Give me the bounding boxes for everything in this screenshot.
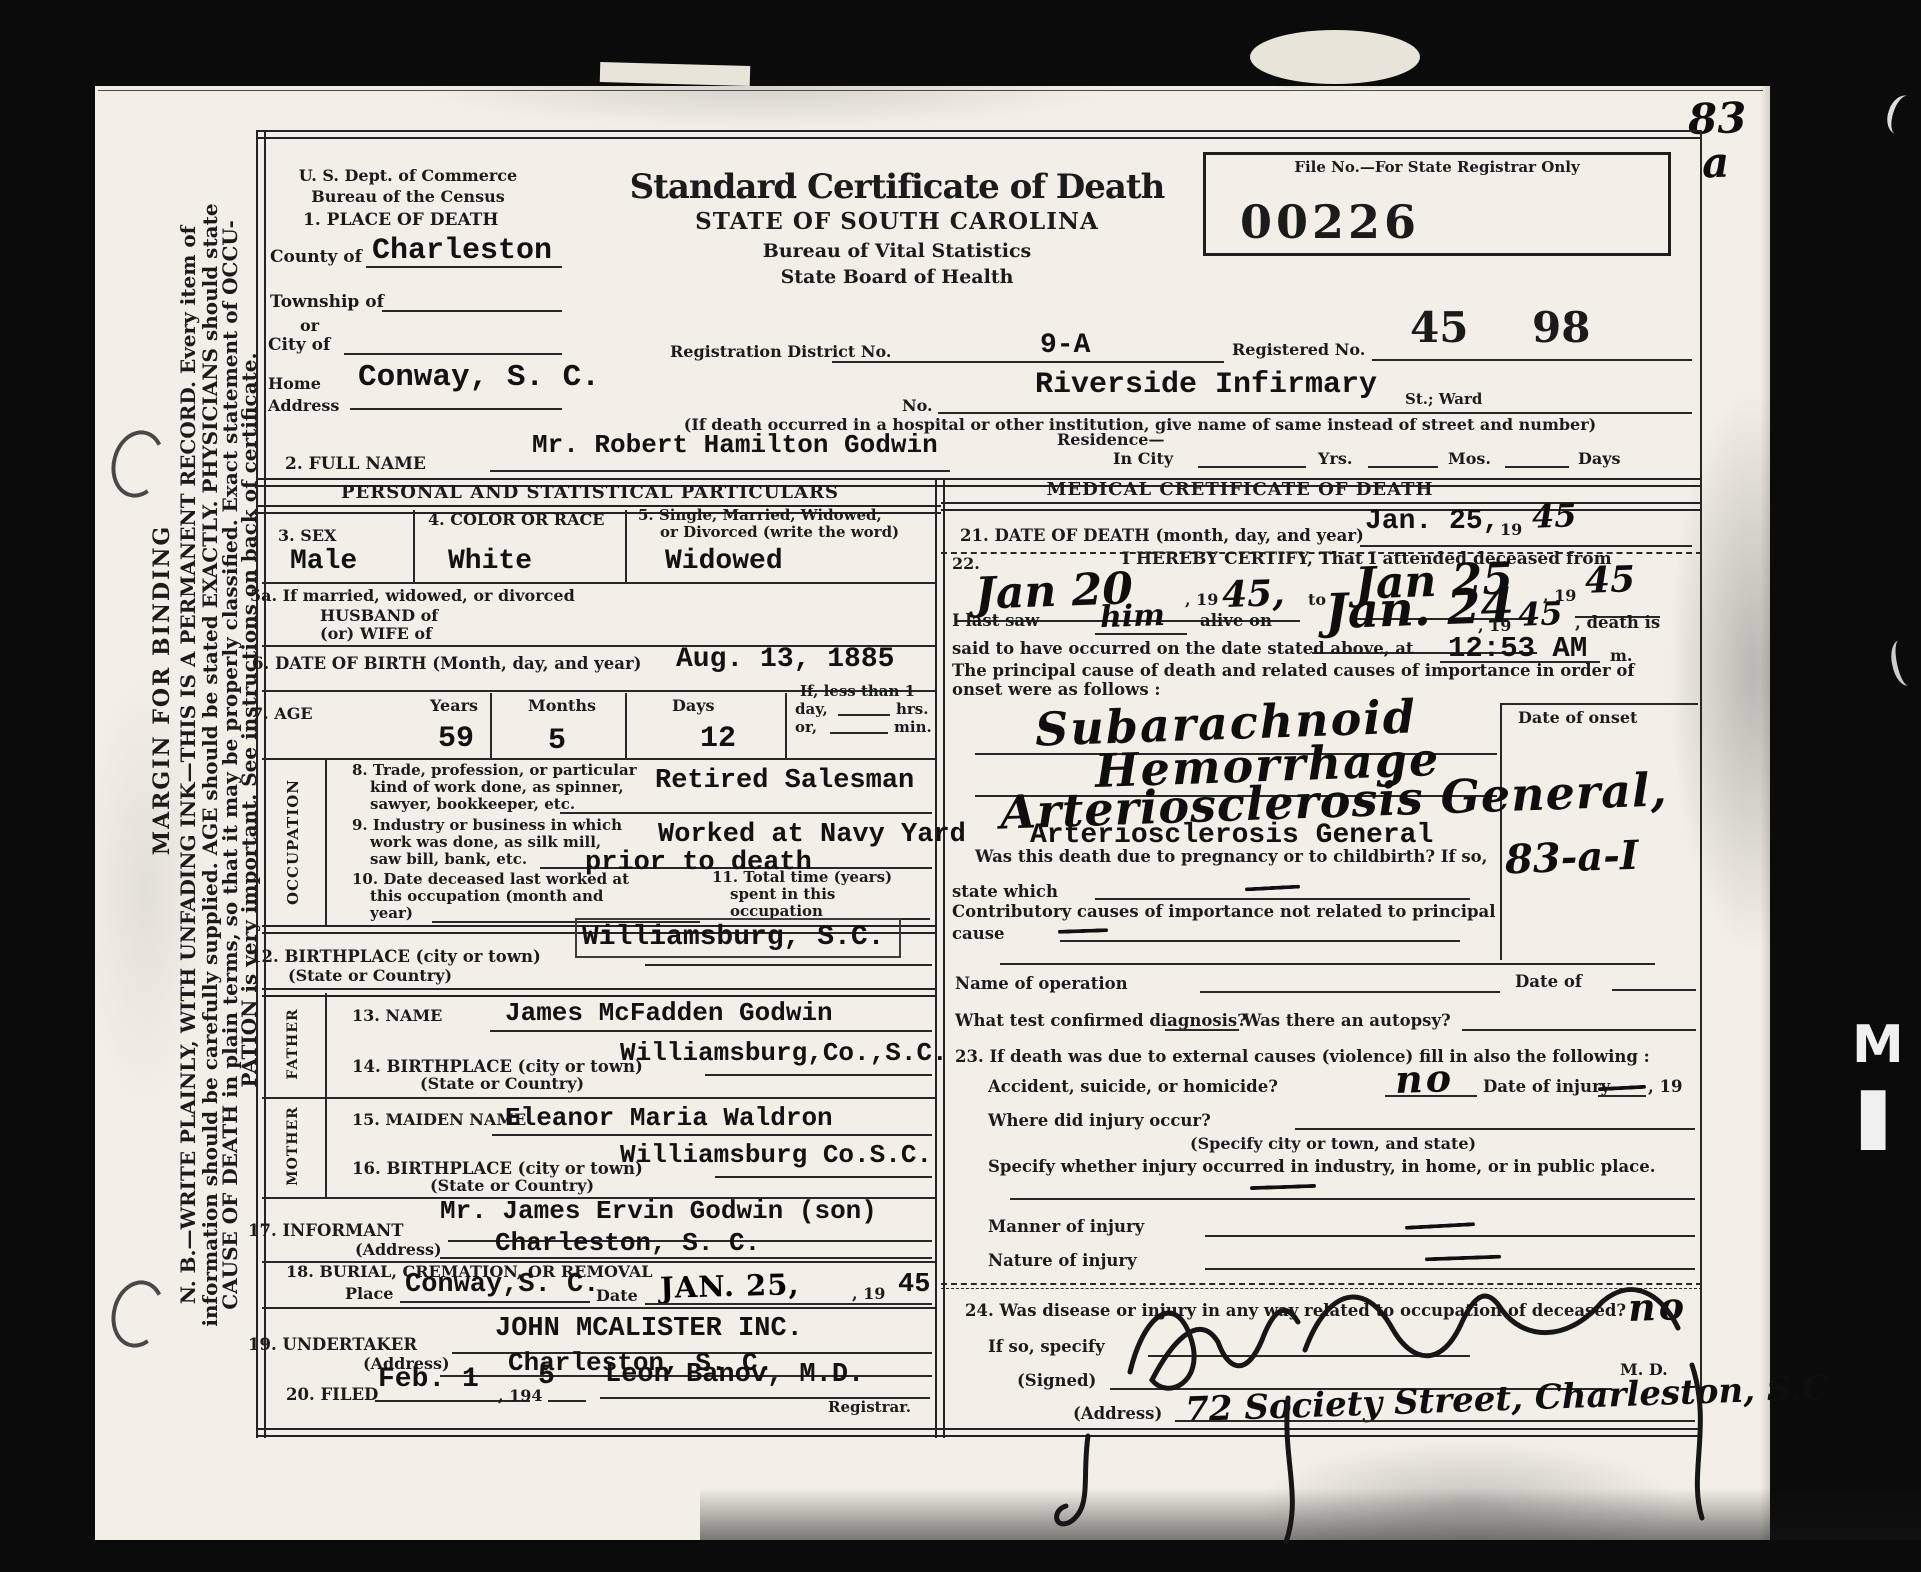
cause-typed-value: Arteriosclerosis General [1030,822,1433,850]
pregnancy-label: Was this death due to pregnancy or to ch… [975,848,1487,865]
age-months-label: Months [528,698,596,715]
cell-divider [490,693,492,758]
blank-line [1060,940,1460,942]
q5a-line1: 5a. If married, widowed, or divorced [250,588,575,605]
scan-artifact [1250,30,1420,84]
blank-line [838,714,890,716]
q21-value: Jan. 25, [1365,508,1499,536]
q9-line1: 9. Industry or business in which [352,818,622,834]
q10-line3: year) [370,906,413,922]
specify-city-label: (Specify city or town, and state) [1190,1136,1476,1153]
death-is-label: , death is [1575,614,1660,631]
blank-line [1010,1198,1695,1200]
blank-line [490,1030,932,1032]
county-value: Charleston [372,236,552,266]
blank-line [366,266,562,268]
time-of-death-value: 12:53 AM [1448,634,1587,663]
principal-cause-line1: The principal cause of death and related… [952,662,1635,679]
rule [941,502,1702,511]
blank-line [832,361,1224,363]
q17-addr-value: Charleston, S. C. [495,1230,760,1256]
manner-label: Manner of injury [988,1218,1144,1235]
state-which-label: state which [952,883,1058,900]
blank-line [350,408,562,410]
edge-mark-i: I [1849,1080,1898,1166]
q18-place-label: Place [345,1286,393,1303]
blank-line [1612,989,1696,991]
form-top-border [256,130,1702,139]
father-side-label: FATHER [285,1008,301,1079]
q20-registrar-value: Leon Banov, M.D. [605,1362,864,1389]
q13-label: 13. NAME [352,1008,442,1025]
contributory-line2: cause [952,925,1005,942]
section-medical: MEDICAL CRETIFICATE OF DEATH [1046,481,1433,500]
blank-line [490,470,950,472]
onset-box-left [1500,703,1502,960]
bureau-line: Bureau of Vital Statistics [763,242,1031,262]
agency-line1: U. S. Dept. of Commerce [299,168,517,185]
cell-divider [413,510,415,582]
cell-divider [625,510,627,582]
q20-year-print: , 194 [498,1388,543,1405]
form-left-border [256,130,266,1438]
home-label: Home [268,376,321,393]
blank-line [1505,466,1569,468]
rule [262,988,935,997]
blank-line [344,353,562,355]
date-of-label: Date of [1515,973,1582,990]
mother-side-label: MOTHER [285,1106,301,1186]
q20-year-value: 5 [538,1363,555,1391]
q16-label: 16. BIRTHPLACE (city or town) [352,1160,643,1177]
scan-black-left [0,0,95,1572]
scan-black-top [0,0,1921,86]
age-days-value: 12 [700,724,736,754]
q5a-line2: HUSBAND of [320,608,438,625]
q14-value: Williamsburg,Co.,S.C. [620,1040,948,1066]
blank-line [645,1303,932,1305]
certificate-title: Standard Certificate of Death [630,170,1165,206]
blank-line [1095,633,1187,635]
blank-line [1200,991,1500,993]
no-label: No. [902,398,933,415]
margin-binding-label: MARGIN FOR BINDING [149,525,175,856]
q10-line1: 10. Date deceased last worked at [352,872,629,888]
institution-value: Riverside Infirmary [1035,370,1377,400]
q15-value: Eleanor Maria Waldron [505,1105,833,1131]
blank-line [1000,963,1655,965]
city-label: City of [268,337,330,355]
rule [262,758,935,760]
q18-date-label: Date [596,1288,638,1305]
race-value: White [448,548,532,576]
signature-scrawl [940,1250,1760,1550]
cell-divider [325,758,327,925]
marital-label: 5. Single, Married, Widowed, [638,508,882,524]
lastsaw-year-value: 45 [1517,597,1563,631]
form-right-border [1700,130,1702,1438]
state-line: STATE OF SOUTH CAROLINA [695,210,1099,234]
blank-line [382,310,562,312]
q21-year-print: 19 [1500,522,1522,539]
cell-divider [325,993,327,1097]
home-address-value: Conway, S. C. [358,362,600,393]
cell-divider [625,693,627,758]
full-name-value: Mr. Robert Hamilton Godwin [532,432,938,458]
sex-value: Male [290,548,357,576]
q10-line2: this occupation (month and [370,889,603,905]
injury-year-label: , 19 [1648,1078,1682,1095]
q22-to-print: to [1308,592,1326,609]
blank-line [938,412,1692,414]
test-label: What test confirmed diagnosis? [955,1012,1247,1029]
blank-line [1368,466,1438,468]
age-days-label: Days [672,698,715,715]
accident-label: Accident, suicide, or homicide? [988,1078,1278,1095]
specify-place-label: Specify whether injury occurred in indus… [988,1158,1655,1175]
q9-value: Worked at Navy Yard [658,822,966,849]
age-label: 7. AGE [252,706,313,723]
scan-black-right [1845,0,1921,1572]
contributory-line1: Contributory causes of importance not re… [952,903,1495,920]
blank-line [440,1257,932,1259]
blank-line [830,732,888,734]
q11-line2: spent in this [730,887,835,903]
q8-line1: 8. Trade, profession, or particular [352,763,637,779]
principal-cause-line2: onset were as follows : [952,681,1161,698]
q12-sub: (State or Country) [288,968,452,985]
blank-line [560,812,932,814]
file-box-label: File No.—For State Registrar Only [1294,160,1579,176]
q14-sub: (State or Country) [420,1076,584,1093]
q16-value: Williamsburg Co.S.C. [620,1142,932,1168]
registration-district-value: 9-A [1040,332,1090,360]
yrs-label: Yrs. [1318,451,1352,468]
cell-divider [325,1097,327,1197]
blank-line [715,1176,932,1178]
blank-line [1598,1095,1646,1097]
corner-note: a [1701,142,1730,185]
q21-label: 21. DATE OF DEATH (month, day, and year) [960,527,1364,544]
file-number-value: 00226 [1240,198,1420,246]
scan-edge-gradient [1760,0,1850,1572]
township-label: Township of [270,294,384,312]
blank-line [1360,545,1692,547]
lastsaw-him-value: him [1099,601,1165,633]
lastsaw-label: I last saw [952,612,1039,629]
blank-line [1295,1128,1695,1130]
operation-label: Name of operation [955,975,1128,992]
rule [262,1307,935,1309]
blank-line [492,1134,932,1136]
occurred-label: said to have occurred on the date stated… [952,640,1414,657]
q8-line3: sawyer, bookkeeper, etc. [370,797,575,813]
blank-line [1198,466,1306,468]
registered-no-value: 98 [1532,306,1590,350]
age-less3-label: or, [795,720,817,736]
sex-label: 3. SEX [278,528,336,545]
q18-date-stamp: JAN. 25, [660,1270,800,1303]
blank-line [400,1301,590,1303]
q17-label: 17. INFORMANT [248,1222,403,1239]
q12-label: 12. BIRTHPLACE (city or town) [250,948,541,965]
edge-mark-m: M [1852,1018,1904,1073]
blank-line [705,1074,932,1076]
registered-no-value: 45 [1410,306,1468,350]
dob-label: 6. DATE OF BIRTH (Month, day, and year) [252,655,641,672]
q16-sub: (State or Country) [430,1178,594,1195]
rule [262,582,935,584]
injury-date-label: Date of injury [1483,1078,1610,1095]
residence-label: Residence— [1057,432,1164,449]
cell-divider [785,693,787,758]
section-personal: PERSONAL AND STATISTICAL PARTICULARS [341,484,839,503]
q8-value: Retired Salesman [655,768,914,795]
q20-registrar-label: Registrar. [828,1400,911,1416]
q18-place-value: Conway,S. C. [405,1272,599,1299]
onset-code-value: 83-a-I [1504,836,1639,881]
scan-artifact [600,62,750,86]
blank-line [548,1400,586,1402]
mos-label: Mos. [1448,451,1491,468]
blank-line [645,964,932,966]
age-less2-label: day, [795,702,828,718]
q19-label: 19. UNDERTAKER [248,1336,417,1353]
q22-year2-value: 45 [1584,561,1635,599]
age-years-label: Years [430,698,478,715]
q9-line3: saw bill, bank, etc. [370,852,527,868]
marital-label: or Divorced (write the word) [660,525,899,541]
county-label: County of [270,249,362,267]
q20-date-value: Feb. 1 [378,1366,479,1394]
dob-value: Aug. 13, 1885 [676,646,894,674]
occupation-side-label: OCCUPATION [284,779,302,905]
blank-line [1372,359,1692,361]
place-of-death-label: 1. PLACE OF DEATH [303,212,498,230]
age-less2b-label: hrs. [896,702,928,718]
age-years-value: 59 [438,724,474,754]
lastsaw-alive-label: alive on [1200,612,1272,629]
page-crease [98,90,1763,91]
blank-line [1165,1029,1239,1031]
q11-line1: 11. Total time (years) [712,870,892,886]
q23-label: 23. If death was due to external causes … [955,1048,1650,1065]
q19-value: JOHN MCALISTER INC. [495,1316,803,1343]
blank-line [1205,1235,1695,1237]
blank-line [1095,898,1470,900]
q15-label: 15. MAIDEN NAME [352,1112,526,1129]
q20-label: 20. FILED [286,1386,378,1403]
q5a-line3: (or) WIFE of [320,626,432,643]
address-label: Address [268,398,339,415]
q18-year-value: 45 [898,1272,930,1299]
registration-district-label: Registration District No. [670,344,891,361]
registered-no-label: Registered No. [1232,342,1365,359]
age-months-value: 5 [548,726,566,756]
q12-value: Williamsburg, S.C. [582,924,884,952]
q13-value: James McFadden Godwin [505,1000,833,1026]
where-label: Where did injury occur? [988,1112,1211,1129]
q22-year1-print: , 19 [1185,592,1218,609]
age-less3b-label: min. [894,720,932,736]
marital-value: Widowed [665,548,783,576]
q14-label: 14. BIRTHPLACE (city or town) [352,1058,643,1075]
onset-label: Date of onset [1518,710,1637,727]
agency-line2: Bureau of the Census [311,189,504,206]
accident-answer-value: no [1394,1059,1454,1099]
onset-box-top [1500,703,1698,705]
age-less1-label: If, less than 1 [800,684,915,700]
margin-instruction-line: N. B.—WRITE PLAINLY, WITH UNFADING INK—T… [176,226,200,1305]
blank-line [1385,1095,1477,1097]
q18-year-print: , 19 [852,1286,885,1303]
or-label: or [300,318,319,335]
rule [262,1097,935,1099]
q9-line2: work was done, as silk mill, [370,835,601,851]
scanned-death-certificate: M I 83 a MARGIN FOR BINDING N. B.—WRITE … [0,0,1921,1572]
in-city-label: In City [1113,451,1173,468]
q8-line2: kind of work done, as spinner, [370,780,624,796]
q22-year1-value: 45, [1221,575,1285,613]
q17-addr-label: (Address) [355,1242,442,1259]
blank-line [1462,1029,1696,1031]
st-ward-label: St.; Ward [1405,392,1482,408]
full-name-label: 2. FULL NAME [285,456,426,474]
autopsy-label: Was there an autopsy? [1243,1012,1451,1029]
q17-value: Mr. James Ervin Godwin (son) [440,1198,877,1224]
q21-year-value: 45 [1531,499,1577,533]
days-label: Days [1578,451,1621,468]
board-line: State Board of Health [781,268,1014,288]
race-label: 4. COLOR OR RACE [428,512,604,529]
